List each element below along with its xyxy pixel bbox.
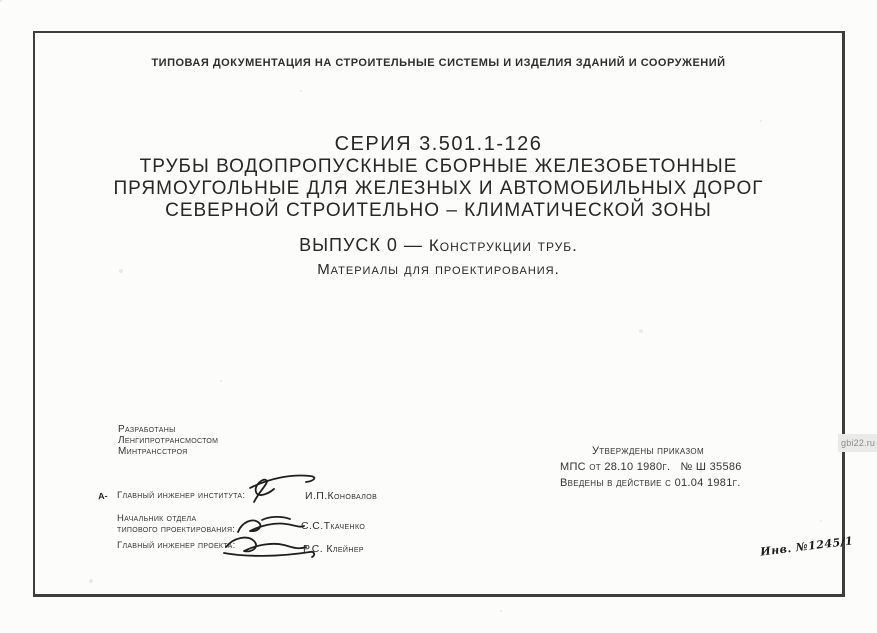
title-line-3: СЕВЕРНОЙ СТРОИТЕЛЬНО – КЛИМАТИЧЕСКОЙ ЗОН…	[0, 200, 877, 222]
issue-name: Конструкции труб.	[429, 236, 578, 255]
title-line-1: ТРУБЫ ВОДОПРОПУСКНЫЕ СБОРНЫЕ ЖЕЛЕЗОБЕТОН…	[0, 156, 877, 178]
handwritten-prefix-mark: А-	[98, 491, 108, 502]
signature-name-konovalov: И.П.Коновалов	[305, 490, 377, 502]
issue-label: ВЫПУСК 0 —	[299, 235, 429, 255]
signature-label-chief-engineer-institute: Главный инженер института:	[117, 491, 245, 502]
paper-speckle	[0, 0, 2, 2]
issue-line: ВЫПУСК 0 — Конструкции труб.	[0, 235, 877, 256]
signature-label-line-2: типового проектирования:	[117, 525, 235, 536]
developed-line-1: Разработаны	[118, 424, 218, 435]
signature-label-chief-project-engineer: Главный инженер проекта:	[117, 541, 236, 552]
developed-line-2: Ленгипротрансмостом	[118, 435, 218, 446]
series-number: СЕРИЯ 3.501.1-126	[0, 133, 877, 156]
title-line-2: ПРЯМОУГОЛЬНЫЕ ДЛЯ ЖЕЛЕЗНЫХ И АВТОМОБИЛЬН…	[0, 178, 877, 200]
signature-label-line-1: Начальник отдела	[117, 514, 235, 525]
approved-line-3: Введены в действие с 01.04 1981г.	[560, 475, 742, 491]
scanned-document-page: ТИПОВАЯ ДОКУМЕНТАЦИЯ НА СТРОИТЕЛЬНЫЕ СИС…	[0, 0, 877, 633]
signature-label-head-of-department: Начальник отдела типового проектирования…	[117, 514, 235, 535]
subtitle: Материалы для проектирования.	[0, 261, 877, 278]
developed-by-block: Разработаны Ленгипротрансмостом Минтранс…	[118, 424, 218, 457]
approved-by-block: Утверждены приказом МПС от 28.10 1980г. …	[560, 443, 742, 491]
signature-name-kleiner: Р.С. Клейнер	[303, 543, 364, 555]
approved-line-1: Утверждены приказом	[560, 443, 742, 459]
developed-line-3: Минтрансстроя	[118, 446, 218, 457]
document-header: ТИПОВАЯ ДОКУМЕНТАЦИЯ НА СТРОИТЕЛЬНЫЕ СИС…	[0, 57, 877, 69]
title-block: СЕРИЯ 3.501.1-126 ТРУБЫ ВОДОПРОПУСКНЫЕ С…	[0, 133, 877, 278]
signature-name-tkachenko: С.С.Ткаченко	[301, 520, 365, 532]
approved-line-2: МПС от 28.10 1980г. № Ш 35586	[560, 459, 742, 475]
watermark-badge: gbi22.ru	[838, 434, 877, 452]
